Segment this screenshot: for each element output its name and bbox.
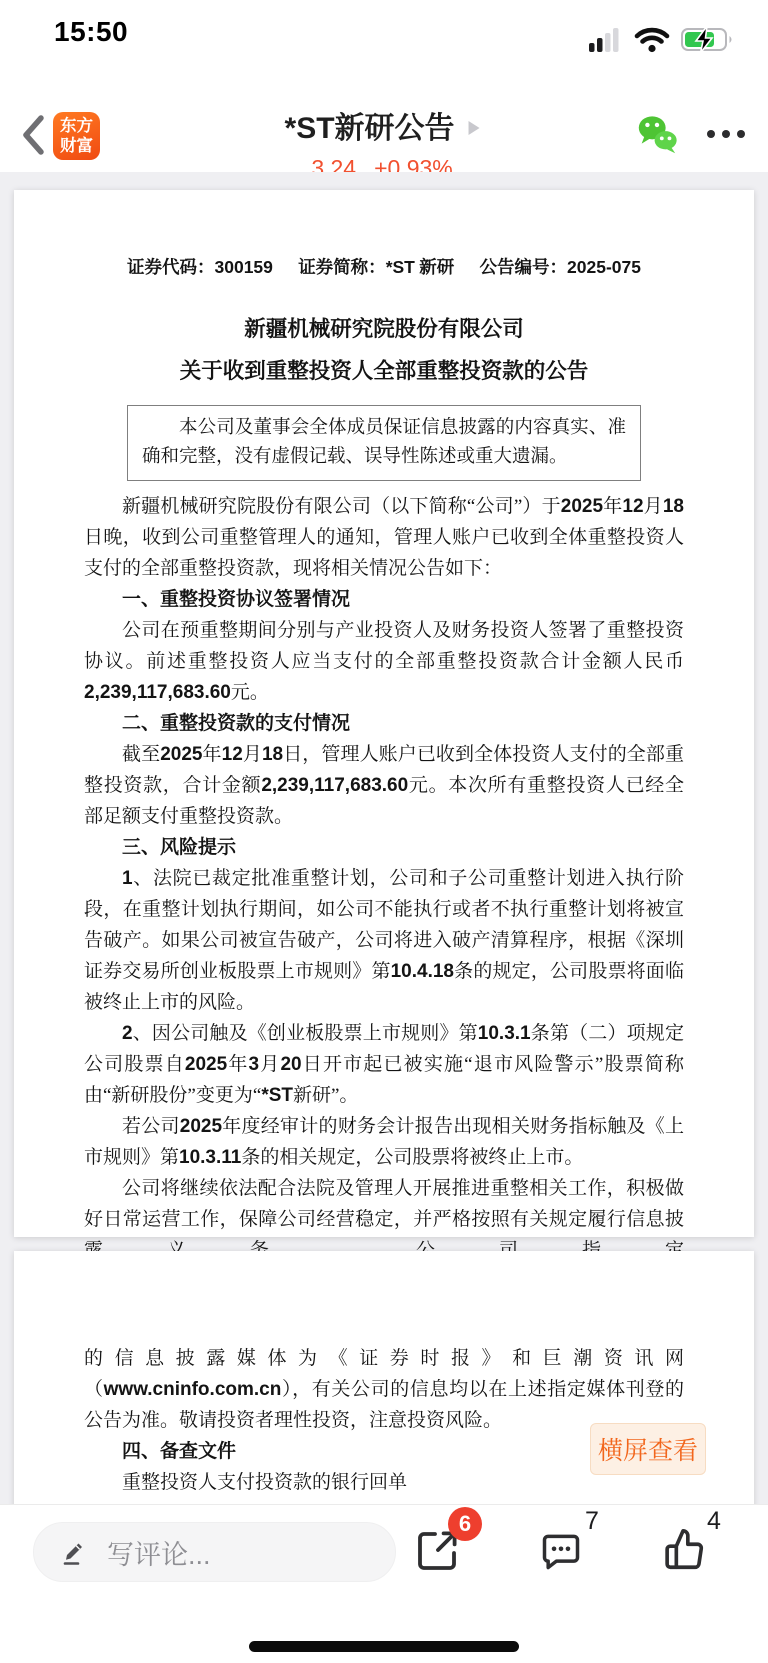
wechat-share-button[interactable] [634,112,680,158]
home-indicator[interactable] [249,1641,519,1652]
paragraph: 截至2025年12月18日，管理人账户已收到全体投资人支付的全部重整投资款，合计… [84,739,684,832]
comment-input[interactable]: 写评论... [33,1522,396,1582]
status-time: 15:50 [54,16,128,48]
eastmoney-logo[interactable]: 东方 财富 [53,112,100,160]
document-page-1: 证券代码：300159 证券简称：*ST 新研 公告编号：2025-075 新疆… [14,190,754,1237]
paragraph: 1、法院已裁定批准重整计划，公司和子公司重整计划进入执行阶段，在重整计划执行期间… [84,863,684,1018]
back-button[interactable] [16,112,50,158]
wechat-icon [634,112,680,158]
section-heading: 三、风险提示 [84,832,684,863]
document-page-2: 的信息披露媒体为《证券时报》和巨潮资讯网（www.cninfo.com.cn），… [14,1251,754,1505]
section-heading: 二、重整投资款的支付情况 [84,708,684,739]
like-button[interactable] [661,1527,707,1573]
security-code: 证券代码：300159 [127,254,273,279]
logo-line2: 财富 [60,136,93,156]
nav-header: 东方 财富 *ST新研公告 3.24+0.93% [0,62,768,173]
disclaimer-box: 本公司及董事会全体成员保证信息披露的内容真实、准确和完整，没有虚假记载、误导性陈… [127,405,641,481]
title-expand-arrow-icon [469,121,480,135]
document-scroll-area[interactable]: 证券代码：300159 证券简称：*ST 新研 公告编号：2025-075 新疆… [0,172,768,1505]
comment-placeholder: 写评论... [107,1533,211,1572]
bottom-action-bar: 写评论... 6 7 4 [0,1504,768,1663]
comments-button[interactable] [539,1529,583,1573]
paragraph: 新疆机械研究院股份有限公司（以下简称“公司”）于2025年12月18日晚，收到公… [84,491,684,584]
document-meta-row: 证券代码：300159 证券简称：*ST 新研 公告编号：2025-075 [127,254,641,279]
app-screen: 15:50 [0,0,768,1663]
paragraph: 2、因公司触及《创业板股票上市规则》第10.3.1条第（二）项规定公司股票自20… [84,1018,684,1111]
status-icons [589,26,736,53]
status-bar: 15:50 [0,0,768,62]
like-count: 4 [707,1507,721,1536]
company-title: 新疆机械研究院股份有限公司 [84,313,684,345]
share-badge: 6 [448,1507,482,1541]
document-body-page1: 新疆机械研究院股份有限公司（以下简称“公司”）于2025年12月18日晚，收到公… [84,491,684,1266]
paragraph: 若公司2025年度经审计的财务会计报告出现相关财务指标触及《上市规则》第10.3… [84,1111,684,1173]
back-chevron-icon [22,115,44,155]
security-abbr: 证券简称：*ST 新研 [298,254,454,279]
page-title: *ST新研公告 [285,103,455,147]
paragraph: 的信息披露媒体为《证券时报》和巨潮资讯网（www.cninfo.com.cn），… [84,1343,684,1436]
more-options-button[interactable] [702,114,750,154]
announcement-no: 公告编号：2025-075 [480,254,641,279]
landscape-view-button[interactable]: 横屏查看 [590,1423,706,1475]
announcement-title: 关于收到重整投资人全部重整投资款的公告 [84,355,684,387]
comment-count: 7 [585,1507,599,1536]
section-heading: 一、重整投资协议签署情况 [84,584,684,615]
wifi-icon [634,26,670,53]
battery-charging-icon [681,26,736,53]
cellular-signal-icon [589,26,623,53]
logo-line1: 东方 [60,116,93,136]
pencil-icon [59,1538,87,1566]
paragraph: 公司在预重整期间分别与产业投资人及财务投资人签署了重整投资协议。前述重整投资人应… [84,615,684,708]
stock-title-block[interactable]: *ST新研公告 3.24+0.93% [285,103,480,182]
ellipsis-icon [707,130,715,138]
